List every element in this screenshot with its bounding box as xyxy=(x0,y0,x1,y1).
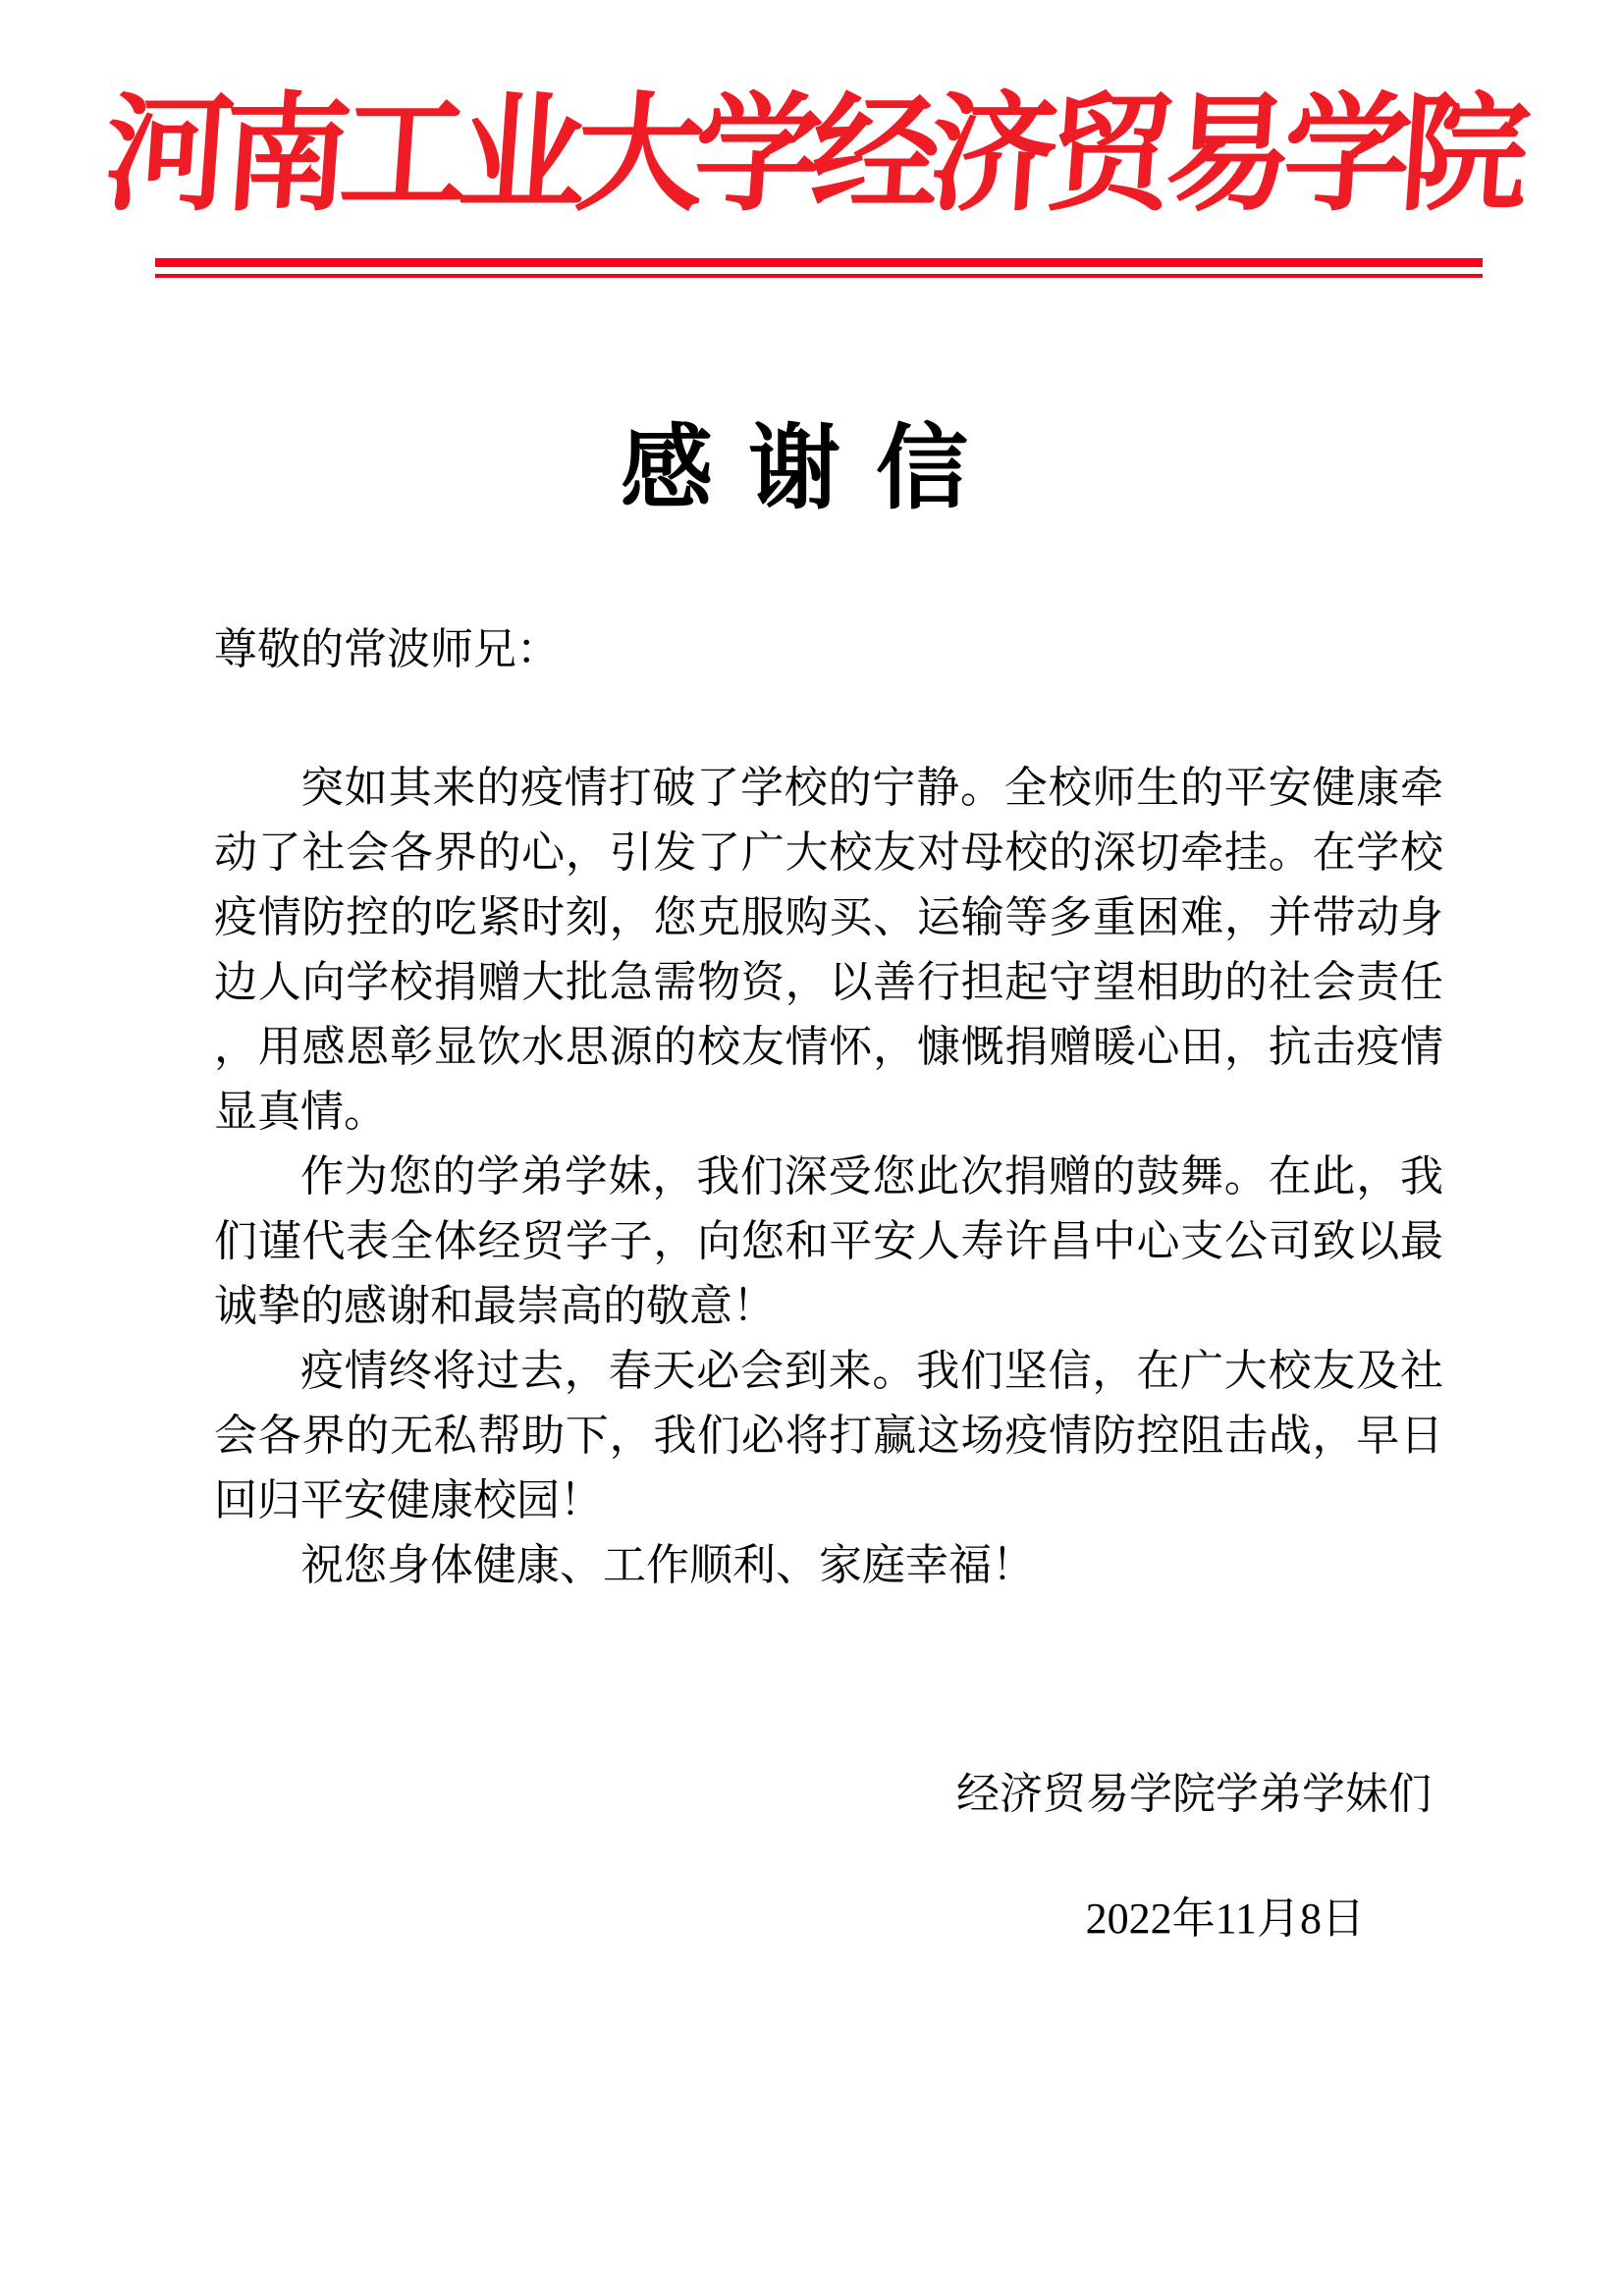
body-line: 会各界的无私帮助下，我们必将打赢这场疫情防控阻击战，早日 xyxy=(214,1404,1443,1468)
signature: 经济贸易学院学弟学妹们 xyxy=(214,1762,1432,1827)
letter-body: 突如其来的疫情打破了学校的宁静。全校师生的平安健康牵动了社会各界的心，引发了广大… xyxy=(214,756,1443,1598)
body-line: ，用感恩彰显饮水思源的校友情怀，慷慨捐赠暖心田，抗击疫情 xyxy=(214,1015,1443,1080)
body-line: 显真情。 xyxy=(214,1080,1443,1145)
body-line: 诚挚的感谢和最崇高的敬意！ xyxy=(214,1274,1443,1339)
signature-date: 2022年11月8日 xyxy=(214,1887,1432,1951)
body-line: 疫情终将过去，春天必会到来。我们坚信，在广大校友及社 xyxy=(214,1339,1443,1404)
letterhead-title: 河南工业大学经济贸易学院 xyxy=(0,82,1624,230)
body-line: 突如其来的疫情打破了学校的宁静。全校师生的平安健康牵 xyxy=(214,756,1443,821)
letter-title: 感谢信 xyxy=(0,418,1624,520)
body-line: 动了社会各界的心，引发了广大校友对母校的深切牵挂。在学校 xyxy=(214,821,1443,885)
letterhead-rule-thick xyxy=(155,258,1483,267)
salutation: 尊敬的常波师兄： xyxy=(214,617,1443,682)
body-line: 边人向学校捐赠大批急需物资，以善行担起守望相助的社会责任 xyxy=(214,950,1443,1015)
body-line: 祝您身体健康、工作顺利、家庭幸福！ xyxy=(214,1533,1443,1598)
letterhead-rule-thin xyxy=(155,274,1483,278)
body-line: 作为您的学弟学妹，我们深受您此次捐赠的鼓舞。在此，我 xyxy=(214,1145,1443,1209)
body-line: 疫情防控的吃紧时刻，您克服购买、运输等多重困难，并带动身 xyxy=(214,885,1443,950)
body-line: 回归平安健康校园！ xyxy=(214,1468,1443,1533)
letter-page: 河南工业大学经济贸易学院 感谢信 尊敬的常波师兄： 突如其来的疫情打破了学校的宁… xyxy=(0,0,1624,2296)
body-line: 们谨代表全体经贸学子，向您和平安人寿许昌中心支公司致以最 xyxy=(214,1209,1443,1274)
